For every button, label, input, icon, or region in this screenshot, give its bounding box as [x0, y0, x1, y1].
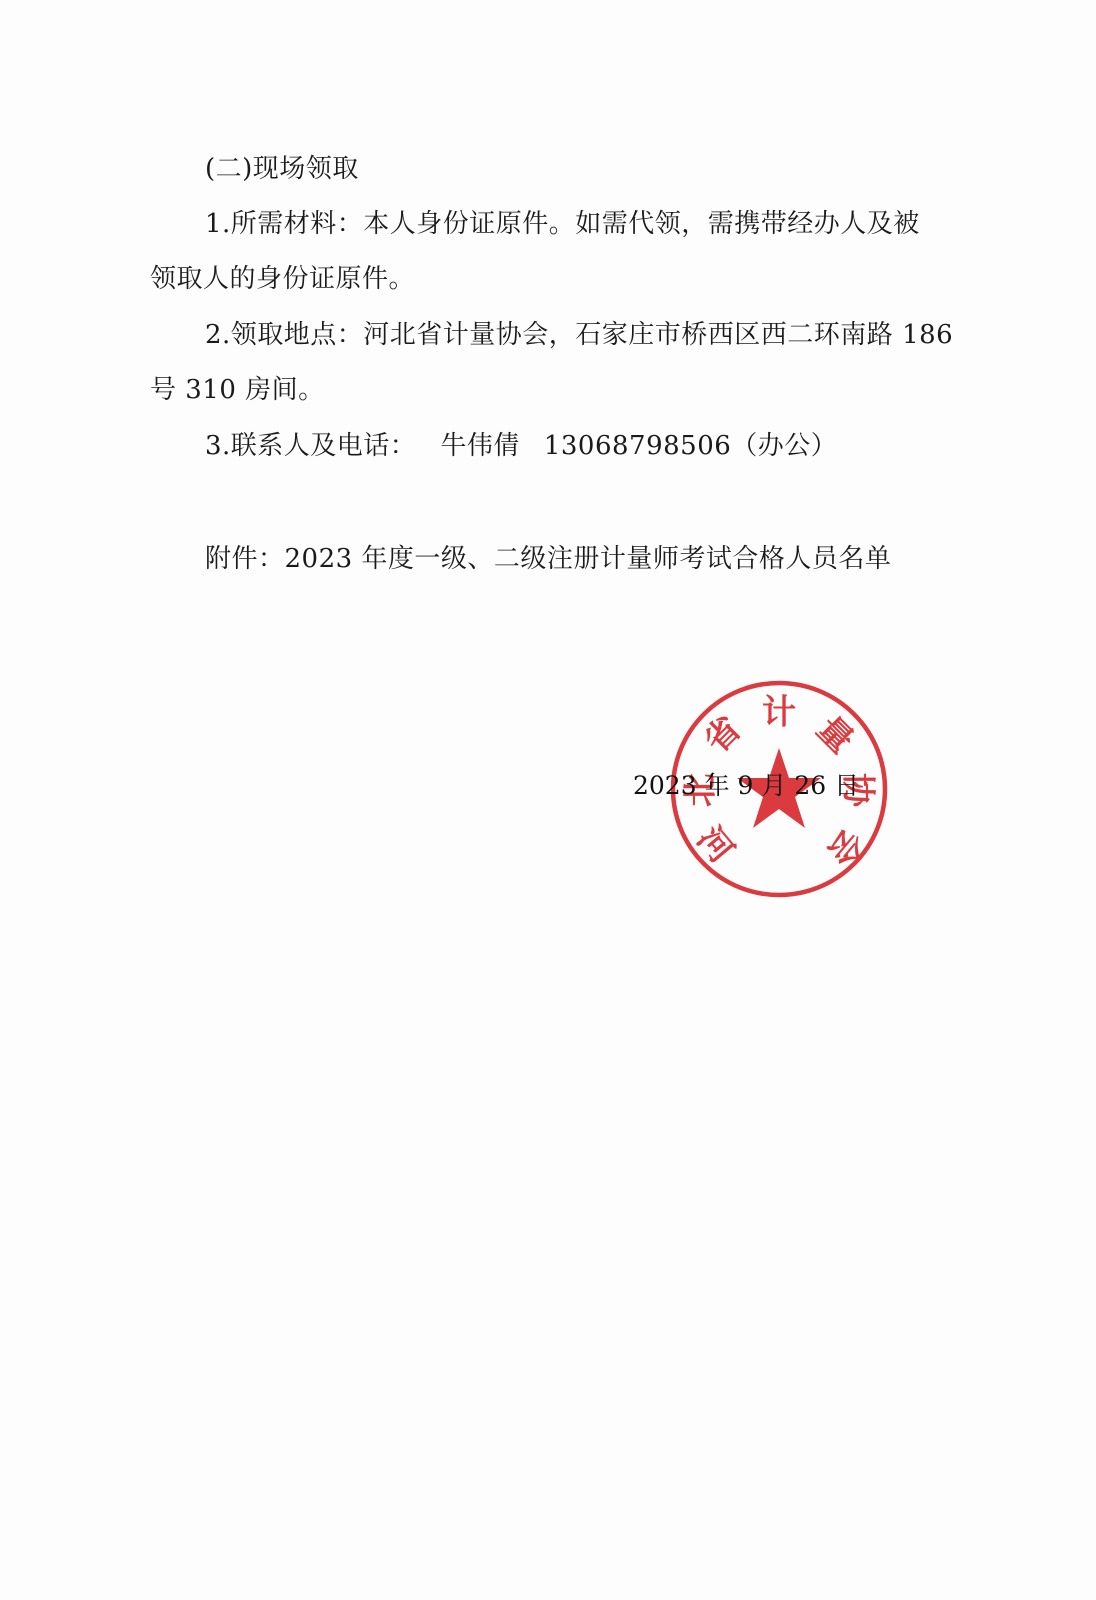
contact-phone: 13068798506（办公）: [544, 431, 837, 461]
seal-char-7: 会: [819, 821, 871, 873]
seal-char-1: 河: [689, 819, 741, 871]
item-3-contact: 3.联系人及电话：牛伟倩13068798506（办公）: [205, 429, 837, 463]
contact-label: 3.联系人及电话：: [205, 431, 416, 461]
item-2-line-1: 2.领取地点：河北省计量协会，石家庄市桥西区西二环南路 186: [205, 318, 953, 352]
section-heading: (二)现场领取: [205, 152, 359, 186]
item-1-line-1: 1.所需材料：本人身份证原件。如需代领，需携带经办人及被: [205, 207, 920, 241]
item-2-line-2: 号 310 房间。: [150, 373, 325, 407]
item-1-line-2: 领取人的身份证原件。: [150, 262, 415, 296]
document-page: (二)现场领取 1.所需材料：本人身份证原件。如需代领，需携带经办人及被 领取人…: [0, 0, 1096, 1600]
attachment-note: 附件：2023 年度一级、二级注册计量师考试合格人员名单: [205, 542, 891, 576]
issue-date: 2023 年 9 月 26 日: [633, 770, 859, 802]
contact-name: 牛伟倩: [440, 431, 520, 461]
seal-char-4: 计: [762, 693, 796, 733]
